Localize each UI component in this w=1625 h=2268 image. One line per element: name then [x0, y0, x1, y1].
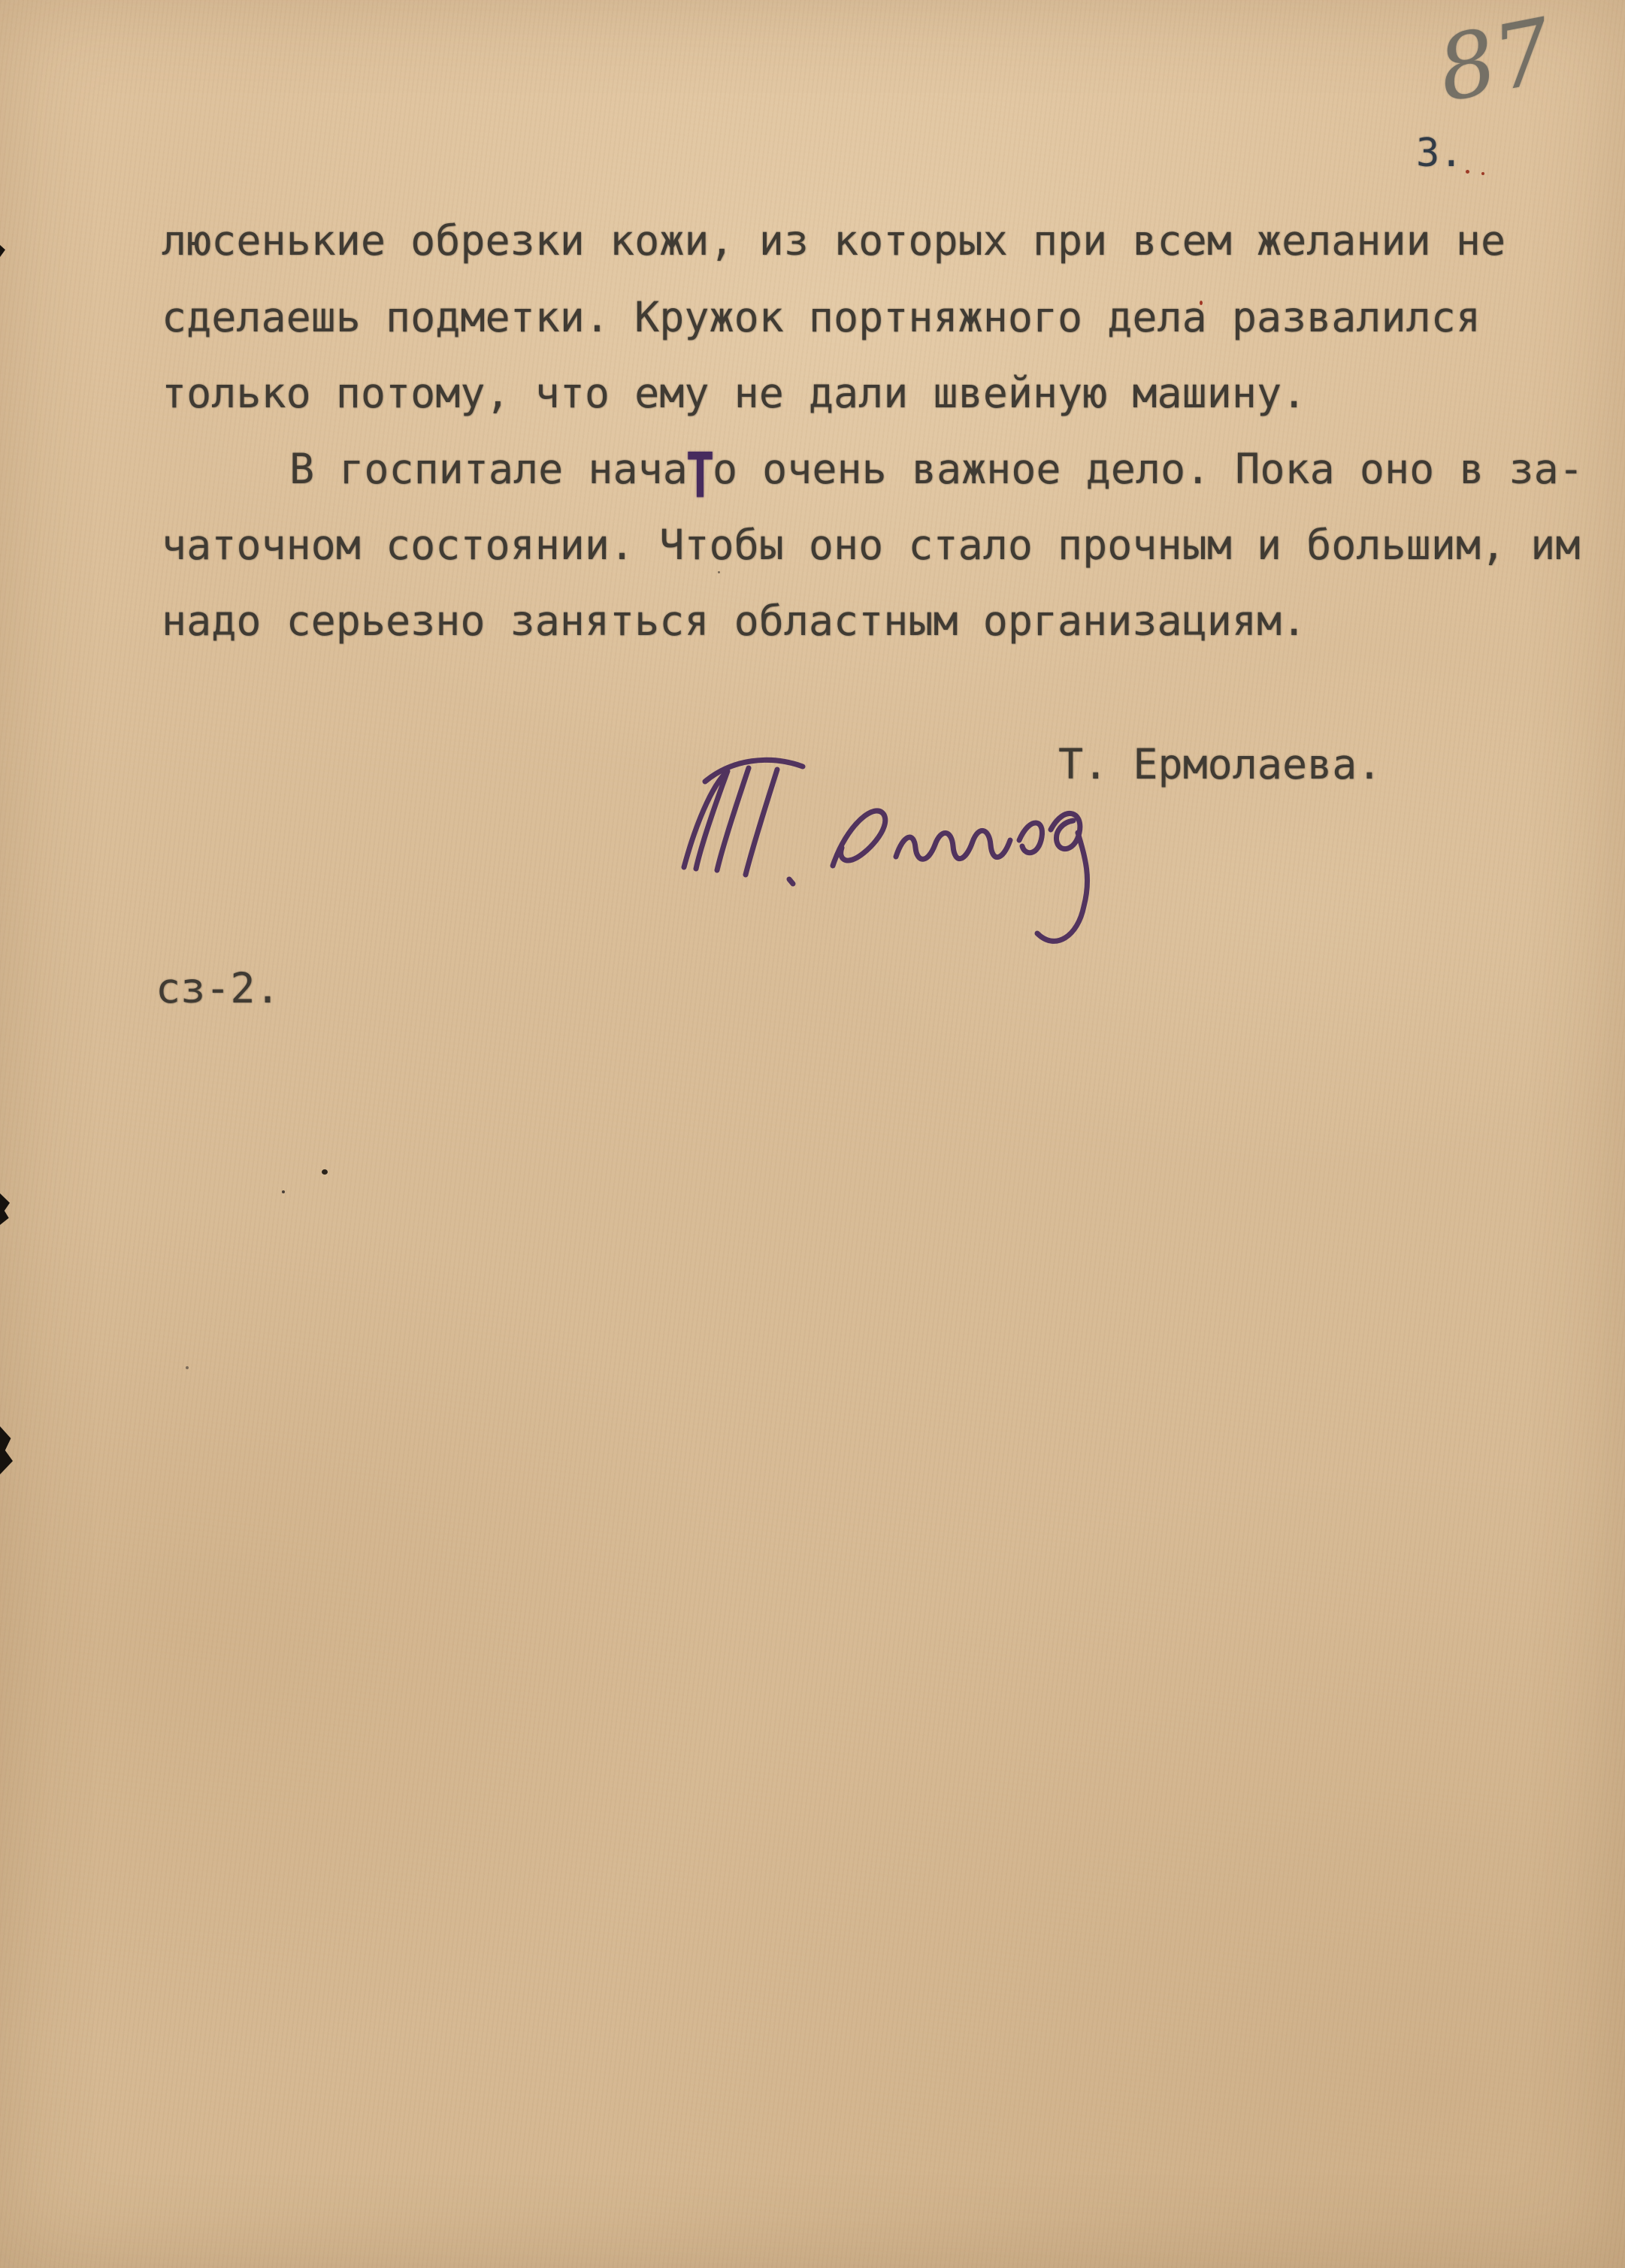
ink-correction-letter: Т — [685, 445, 714, 507]
red-ink-speck — [1466, 170, 1469, 174]
handwritten-folio-number: 87 — [1430, 0, 1584, 131]
typed-line-1: люсенькие обрезки кожи, из которых при в… — [162, 220, 1505, 262]
typed-line-5: чаточном состоянии. Чтобы оно стало проч… — [162, 525, 1580, 566]
typed-line-4: В госпитале начаТо очень важное дело. По… — [289, 449, 1584, 490]
left-edge-tear — [0, 1193, 10, 1225]
scanned-document-page: 87 3. люсенькие обрезки кожи, из которых… — [0, 0, 1625, 2268]
typed-line-3: только потому, что ему не дали швейную м… — [162, 373, 1306, 414]
left-edge-tear — [0, 245, 5, 257]
typed-line-2: сделаешь подметки. Кружок портняжного де… — [162, 297, 1481, 338]
dark-paper-speck — [186, 1366, 189, 1369]
red-ink-speck — [1481, 172, 1484, 175]
page-number: 3. — [1416, 134, 1463, 173]
typist-code: сз-2. — [156, 968, 280, 1009]
dark-paper-speck — [322, 1169, 328, 1175]
dark-paper-speck — [718, 571, 720, 573]
typed-line-6: надо серьезно заняться областным организ… — [162, 600, 1306, 642]
handwritten-signature — [661, 745, 1127, 971]
left-edge-tear — [0, 1426, 13, 1474]
red-ink-speck — [1200, 301, 1203, 305]
typed-line-4-post: о очень важное дело. Пока оно в за- — [713, 445, 1584, 493]
dark-paper-speck — [282, 1190, 285, 1193]
typed-line-4-pre: В госпитале нача — [289, 445, 688, 493]
